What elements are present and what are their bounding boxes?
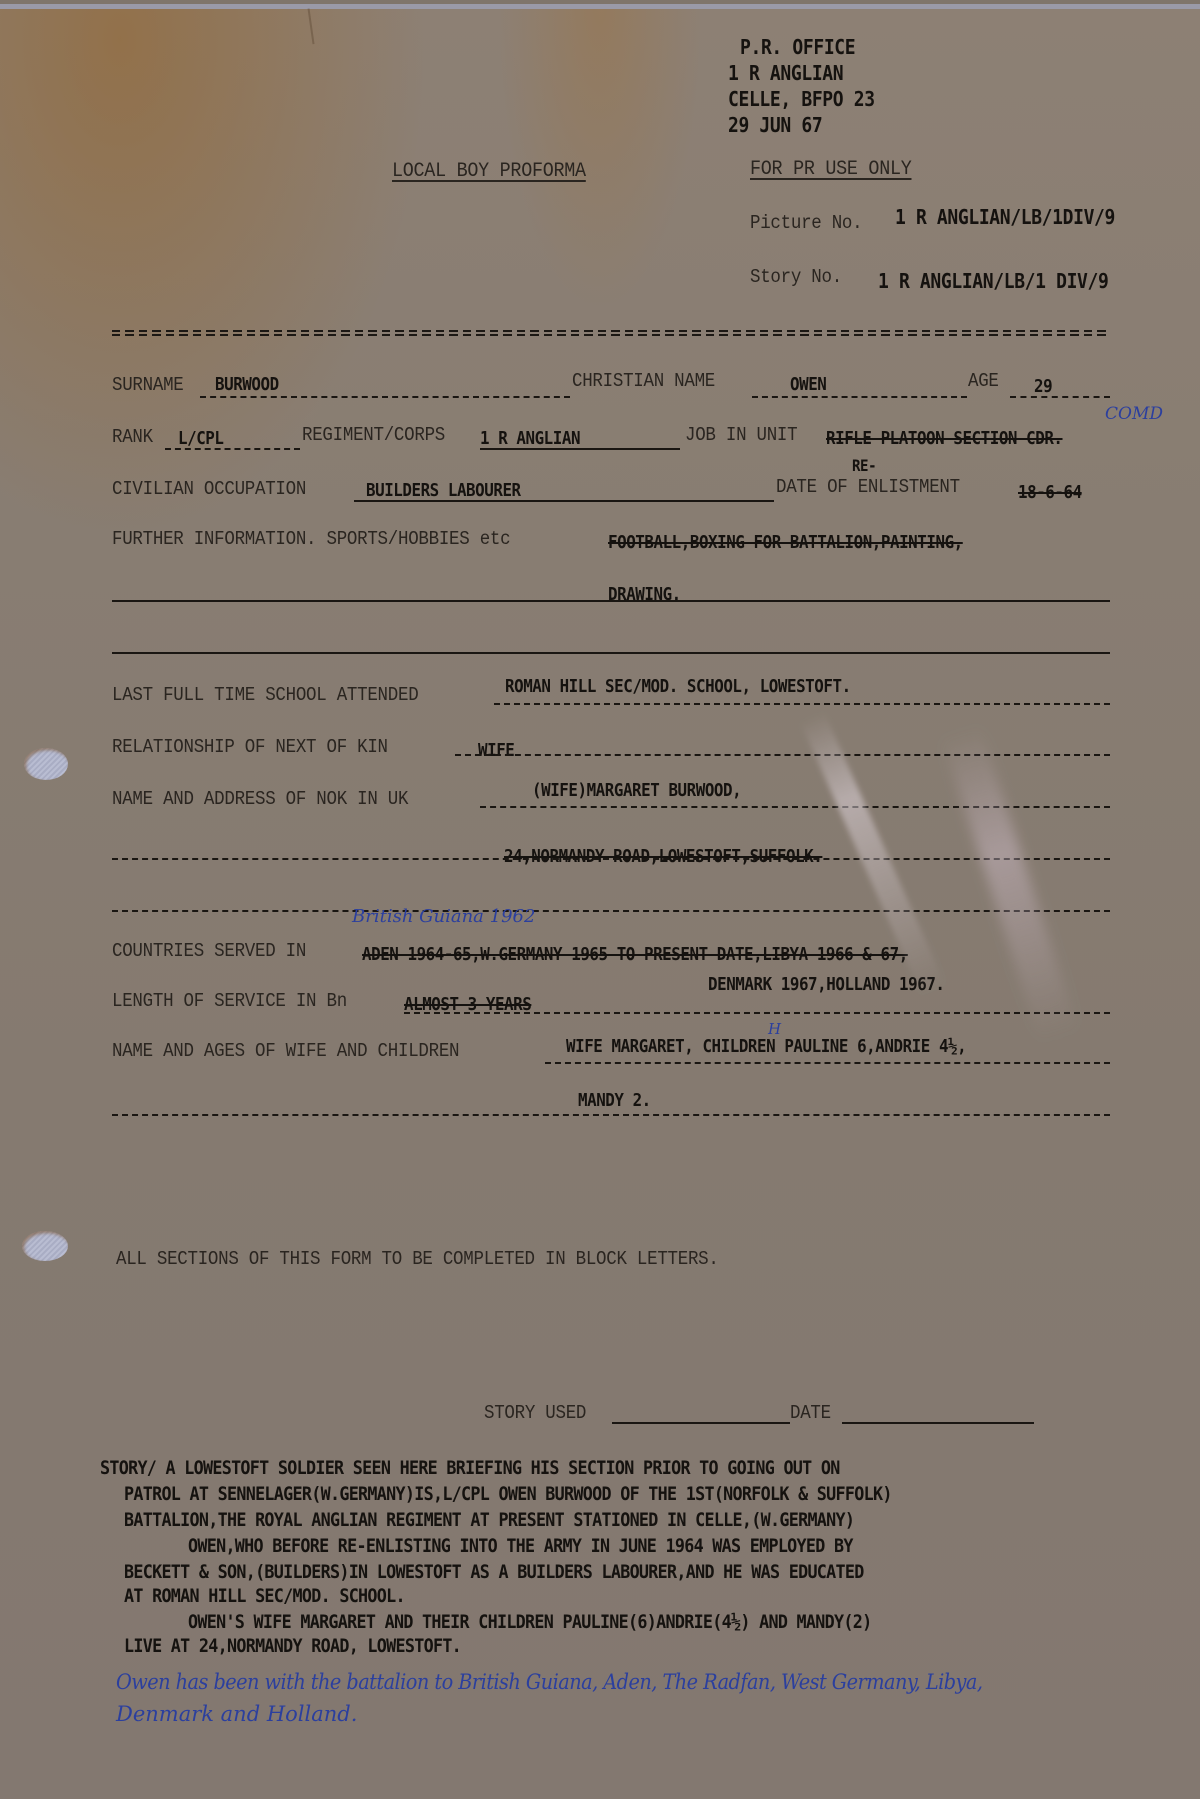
job-handwritten-correction: COMD: [1105, 404, 1163, 424]
nok-address-underline-3: [112, 910, 1110, 912]
further-info-underline-2: [112, 600, 1110, 602]
story-used-label: STORY USED: [484, 1402, 586, 1424]
instructions-text: ALL SECTIONS OF THIS FORM TO BE COMPLETE…: [116, 1248, 719, 1270]
office-line: P.R. OFFICE: [740, 34, 855, 60]
separator-line: [112, 330, 1110, 336]
civilian-occupation-label: CIVILIAN OCCUPATION: [112, 478, 306, 500]
surname-label: SURNAME: [112, 374, 184, 396]
enlistment-label: DATE OF ENLISTMENT: [776, 476, 960, 498]
scan-background-edge: [0, 4, 1200, 9]
age-label: AGE: [968, 370, 999, 392]
school-value: ROMAN HILL SEC/MOD. SCHOOL, LOWESTOFT.: [505, 676, 851, 697]
family-value-1: WIFE MARGARET, CHILDREN PAULINE 6,ANDRIE…: [566, 1036, 966, 1057]
length-of-service-label: LENGTH OF SERVICE IN Bn: [112, 990, 347, 1012]
countries-value-1: ADEN 1964-65,W.GERMANY 1965 TO PRESENT D…: [362, 944, 908, 965]
surname-underline: [200, 396, 570, 398]
nok-address-value-2: 24,NORMANDY ROAD,LOWESTOFT,SUFFOLK.: [504, 846, 822, 867]
nok-address-underline-2: [112, 858, 1110, 860]
nok-address-value-1: (WIFE)MARGARET BURWOOD,: [532, 780, 741, 801]
story-line: LIVE AT 24,NORMANDY ROAD, LOWESTOFT.: [124, 1634, 461, 1658]
handwritten-note-line-1: Owen has been with the battalion to Brit…: [116, 1670, 982, 1694]
christian-name-underline: [752, 396, 967, 398]
paper-tear: [308, 8, 319, 44]
rank-underline: [165, 448, 300, 450]
family-value-2: MANDY 2.: [578, 1090, 651, 1111]
family-underline-1: [545, 1062, 1110, 1064]
family-handwritten-insert: H: [768, 1020, 781, 1038]
office-line: CELLE, BFPO 23: [728, 86, 875, 112]
story-line: PATROL AT SENNELAGER(W.GERMANY)IS,L/CPL …: [124, 1482, 892, 1506]
further-info-underline-3: [112, 652, 1110, 654]
story-no-label: Story No.: [750, 266, 842, 288]
story-line: OWEN'S WIFE MARGARET AND THEIR CHILDREN …: [188, 1610, 871, 1634]
countries-label: COUNTRIES SERVED IN: [112, 940, 306, 962]
story-no-value: 1 R ANGLIAN/LB/1 DIV/9: [878, 268, 1108, 294]
enlistment-inserted-prefix: RE-: [852, 456, 876, 475]
further-info-label: FURTHER INFORMATION. SPORTS/HOBBIES etc: [112, 528, 510, 550]
nok-address-label: NAME AND ADDRESS OF NOK IN UK: [112, 788, 408, 810]
story-line: OWEN,WHO BEFORE RE-ENLISTING INTO THE AR…: [188, 1534, 853, 1558]
picture-no-value: 1 R ANGLIAN/LB/1DIV/9: [895, 204, 1115, 230]
regiment-value: 1 R ANGLIAN: [480, 428, 580, 449]
christian-name-value: OWEN: [790, 374, 826, 395]
story-line: STORY/ A LOWESTOFT SOLDIER SEEN HERE BRI…: [100, 1456, 840, 1480]
office-date: 29 JUN 67: [728, 112, 822, 138]
nok-relationship-label: RELATIONSHIP OF NEXT OF KIN: [112, 736, 388, 758]
rank-label: RANK: [112, 426, 153, 448]
age-underline: [1010, 396, 1110, 398]
school-label: LAST FULL TIME SCHOOL ATTENDED: [112, 684, 418, 706]
punch-hole-lower: [22, 1231, 68, 1261]
nok-relationship-underline: [455, 754, 1110, 756]
job-label: JOB IN UNIT: [685, 424, 797, 446]
story-line: BATTALION,THE ROYAL ANGLIAN REGIMENT AT …: [124, 1508, 854, 1532]
rank-value: L/CPL: [178, 428, 223, 449]
family-underline-2: [112, 1114, 1110, 1116]
nok-address-underline-1: [480, 806, 1110, 808]
story-line: BECKETT & SON,(BUILDERS)IN LOWESTOFT AS …: [124, 1560, 864, 1584]
civilian-occupation-underline: [354, 500, 774, 502]
school-underline: [494, 703, 1110, 705]
regiment-label: REGIMENT/CORPS: [302, 424, 445, 446]
further-info-value-1: FOOTBALL,BOXING FOR BATTALION,PAINTING,: [608, 532, 963, 553]
regiment-underline: [480, 448, 680, 450]
punch-hole-upper: [24, 748, 68, 780]
date-field: [842, 1422, 1034, 1424]
christian-name-label: CHRISTIAN NAME: [572, 370, 715, 392]
picture-no-label: Picture No.: [750, 212, 862, 234]
light-glare: [942, 726, 1079, 1043]
story-line: AT ROMAN HILL SEC/MOD. SCHOOL.: [124, 1584, 405, 1608]
family-label: NAME AND AGES OF WIFE AND CHILDREN: [112, 1040, 459, 1062]
civilian-occupation-value: BUILDERS LABOURER: [366, 480, 521, 501]
nok-relationship-value: WIFE: [478, 740, 514, 761]
date-label: DATE: [790, 1402, 831, 1424]
countries-handwritten-addition: British Guiana 1962: [352, 906, 535, 927]
pr-use-title: FOR PR USE ONLY: [750, 158, 911, 181]
story-used-field: [612, 1422, 790, 1424]
office-line: 1 R ANGLIAN: [728, 60, 843, 86]
countries-value-2: DENMARK 1967,HOLLAND 1967.: [708, 974, 945, 995]
handwritten-note-line-2: Denmark and Holland.: [116, 1702, 357, 1726]
surname-value: BURWOOD: [215, 374, 279, 395]
form-title: LOCAL BOY PROFORMA: [392, 160, 586, 183]
age-value: 29: [1034, 376, 1052, 397]
job-value: RIFLE PLATOON SECTION CDR.: [826, 428, 1063, 449]
document-page: P.R. OFFICE 1 R ANGLIAN CELLE, BFPO 23 2…: [0, 4, 1200, 1799]
enlistment-value: 18-6-64: [1018, 482, 1082, 503]
length-of-service-underline: [404, 1012, 1110, 1014]
